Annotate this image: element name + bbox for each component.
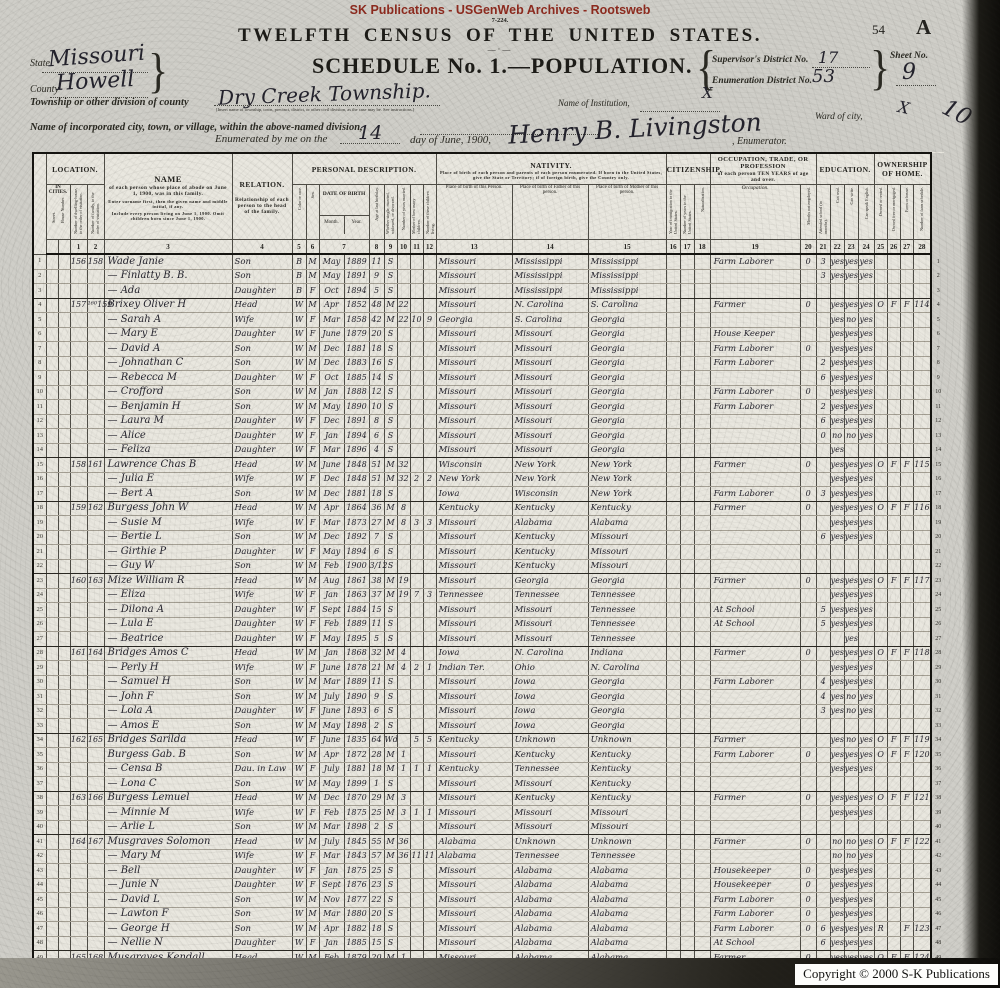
dwelling-number-cell bbox=[70, 516, 87, 531]
months-unemployed-cell bbox=[800, 313, 816, 328]
sex-cell: M bbox=[306, 559, 319, 574]
can-read-cell: yes bbox=[830, 342, 844, 357]
sex-cell: F bbox=[306, 617, 319, 632]
school-months-cell: 4 bbox=[816, 690, 830, 705]
birthplace-cell: Missouri bbox=[436, 907, 512, 922]
family-number-cell bbox=[87, 472, 104, 487]
mother-birthplace-cell: Missouri bbox=[588, 559, 666, 574]
children-living-cell bbox=[423, 254, 436, 269]
name-cell: — David A bbox=[104, 342, 232, 357]
birthplace-cell: Wisconsin bbox=[436, 458, 512, 473]
mother-of-children-cell bbox=[410, 690, 423, 705]
months-not-employed-column-label: Months not employed. bbox=[800, 185, 816, 240]
birthplace-cell: Missouri bbox=[436, 777, 512, 792]
home-owned-cell bbox=[874, 849, 887, 864]
name-cell: Burgess Gab. B bbox=[104, 748, 232, 763]
mother-birthplace-cell: Mississippi bbox=[588, 269, 666, 284]
farm-or-house-cell: F bbox=[900, 748, 913, 763]
column-number: 17 bbox=[680, 240, 694, 255]
sex-cell: F bbox=[306, 704, 319, 719]
age-cell: 14 bbox=[369, 371, 384, 386]
mother-of-children-cell bbox=[410, 458, 423, 473]
dwelling-number-cell: 157 bbox=[70, 298, 87, 313]
name-cell: Burgess Lemuel bbox=[104, 791, 232, 806]
school-months-cell bbox=[816, 516, 830, 531]
family-number-cell bbox=[87, 690, 104, 705]
immigration-label-text: Year of immigration to the United States… bbox=[668, 187, 678, 234]
months-unemployed-cell: 0 bbox=[800, 791, 816, 806]
marital-status-cell: M bbox=[384, 516, 397, 531]
years-married-cell: 19 bbox=[397, 588, 410, 603]
marital-status-cell: S bbox=[384, 443, 397, 458]
can-write-cell: yes bbox=[844, 385, 858, 400]
can-read-cell bbox=[830, 777, 844, 792]
sex-cell: M bbox=[306, 530, 319, 545]
owned-free-cell bbox=[887, 704, 900, 719]
school-months-cell bbox=[816, 545, 830, 560]
birth-year-cell: 1868 bbox=[344, 646, 369, 661]
row-number: 41 bbox=[33, 835, 46, 850]
home-owned-cell bbox=[874, 893, 887, 908]
children-living-cell bbox=[423, 864, 436, 879]
farm-schedule-cell bbox=[913, 371, 931, 386]
dwelling-number-cell bbox=[70, 762, 87, 777]
mother-of-children-cell bbox=[410, 835, 423, 850]
occupation-cell: Farm Laborer bbox=[710, 487, 800, 502]
speaks-english-cell: yes bbox=[858, 661, 874, 676]
mother-birthplace-cell: Unknown bbox=[588, 835, 666, 850]
relation-cell: Daughter bbox=[232, 414, 292, 429]
mother-of-children-cell bbox=[410, 646, 423, 661]
birthplace-cell: Alabama bbox=[436, 849, 512, 864]
naturalization-cell bbox=[694, 429, 710, 444]
table-row: 45— David LSonWMNov187722SMissouriAlabam… bbox=[33, 893, 944, 908]
sex-cell: F bbox=[306, 443, 319, 458]
months-unemployed-cell: 0 bbox=[800, 922, 816, 937]
birth-year-cell: 1894 bbox=[344, 429, 369, 444]
house-number-cell bbox=[58, 574, 70, 589]
school-months-cell bbox=[816, 777, 830, 792]
family-number-cell bbox=[87, 487, 104, 502]
farm-schedule-cell bbox=[913, 414, 931, 429]
occupation-cell: Farm Laborer bbox=[710, 400, 800, 415]
relation-cell: Head bbox=[232, 791, 292, 806]
speaks-english-cell: yes bbox=[858, 791, 874, 806]
years-married-cell bbox=[397, 907, 410, 922]
years-married-cell bbox=[397, 878, 410, 893]
months-unemployed-cell: 0 bbox=[800, 907, 816, 922]
naturalization-cell bbox=[694, 922, 710, 937]
school-months-cell bbox=[816, 385, 830, 400]
years-in-us-cell bbox=[680, 849, 694, 864]
farm-or-house-cell bbox=[900, 269, 913, 284]
occupation-cell bbox=[710, 443, 800, 458]
row-number: 26 bbox=[33, 617, 46, 632]
years-married-cell bbox=[397, 429, 410, 444]
occupation-cell bbox=[710, 269, 800, 284]
color-cell: W bbox=[292, 733, 306, 748]
home-owned-cell bbox=[874, 936, 887, 951]
dwelling-number-cell bbox=[70, 632, 87, 647]
color-cell: W bbox=[292, 690, 306, 705]
school-months-cell: 6 bbox=[816, 530, 830, 545]
can-write-cell bbox=[844, 443, 858, 458]
sex-cell: F bbox=[306, 936, 319, 951]
can-write-cell: yes bbox=[844, 254, 858, 269]
mother-of-children-cell bbox=[410, 284, 423, 299]
naturalization-cell bbox=[694, 472, 710, 487]
relation-cell: Head bbox=[232, 646, 292, 661]
naturalization-cell bbox=[694, 254, 710, 269]
age-cell: 55 bbox=[369, 835, 384, 850]
owned-free-cell bbox=[887, 719, 900, 734]
age-cell: 27 bbox=[369, 516, 384, 531]
relation-cell: Son bbox=[232, 690, 292, 705]
mother-of-children-cell bbox=[410, 356, 423, 371]
father-birthplace-cell: Kentucky bbox=[512, 559, 588, 574]
row-number-right: 1 bbox=[931, 254, 944, 269]
birth-month-cell: May bbox=[319, 269, 344, 284]
farm-or-house-cell bbox=[900, 820, 913, 835]
table-row: 41164167Musgraves SolomonHeadWMJuly18455… bbox=[33, 835, 944, 850]
children-living-cell bbox=[423, 907, 436, 922]
speaks-english-cell: yes bbox=[858, 516, 874, 531]
family-number-cell bbox=[87, 559, 104, 574]
naturalization-cell bbox=[694, 284, 710, 299]
name-cell: — Lola A bbox=[104, 704, 232, 719]
family-number-cell: ¹⁶⁰159 bbox=[87, 298, 104, 313]
home-owned-cell bbox=[874, 487, 887, 502]
can-read-cell: yes bbox=[830, 298, 844, 313]
dwelling-number-cell bbox=[70, 385, 87, 400]
can-write-cell bbox=[844, 284, 858, 299]
table-row: 35Burgess Gab. BSonWMApr187228M1Missouri… bbox=[33, 748, 944, 763]
can-read-cell: yes bbox=[830, 400, 844, 415]
marital-status-cell: M bbox=[384, 313, 397, 328]
immigration-year-cell bbox=[666, 371, 680, 386]
farm-or-house-cell bbox=[900, 617, 913, 632]
farm-or-house-cell bbox=[900, 385, 913, 400]
birth-year-cell: 1876 bbox=[344, 878, 369, 893]
naturalization-cell bbox=[694, 269, 710, 284]
school-months-cell bbox=[816, 907, 830, 922]
relation-cell: Son bbox=[232, 400, 292, 415]
table-row: 27— BeatriceDaughterWFMay18955SMissouriM… bbox=[33, 632, 944, 647]
years-in-us-cell bbox=[680, 936, 694, 951]
sex-cell: F bbox=[306, 762, 319, 777]
name-cell: Musgraves Solomon bbox=[104, 835, 232, 850]
school-months-cell bbox=[816, 313, 830, 328]
years-married-cell: 22 bbox=[397, 313, 410, 328]
birth-year-cell: 1891 bbox=[344, 269, 369, 284]
name-cell: — Nellie N bbox=[104, 936, 232, 951]
relation-subtitle: Relationship of each person to the head … bbox=[233, 189, 292, 216]
dwelling-number-cell: 164 bbox=[70, 835, 87, 850]
census-table: LOCATION. NAME of each person whose plac… bbox=[32, 152, 944, 981]
owned-free-cell bbox=[887, 356, 900, 371]
years-married-cell bbox=[397, 632, 410, 647]
can-read-cell: yes bbox=[830, 269, 844, 284]
family-number-cell bbox=[87, 849, 104, 864]
row-number-right: 3 bbox=[931, 284, 944, 299]
enumerated-prefix: Enumerated by me on the bbox=[215, 133, 327, 145]
birthplace-cell: Missouri bbox=[436, 675, 512, 690]
sex-cell: M bbox=[306, 458, 319, 473]
years-married-cell: 36 bbox=[397, 849, 410, 864]
years-in-us-cell bbox=[680, 545, 694, 560]
years-in-us-cell bbox=[680, 733, 694, 748]
speak-english-label-text: Can speak English. bbox=[864, 187, 869, 219]
school-months-cell bbox=[816, 646, 830, 661]
age-cell: 51 bbox=[369, 472, 384, 487]
row-number-right: 17 bbox=[931, 487, 944, 502]
years-married-label-text: Number of years married. bbox=[401, 187, 406, 230]
months-unemployed-cell: 0 bbox=[800, 342, 816, 357]
speaks-english-cell: yes bbox=[858, 269, 874, 284]
owned-free-cell bbox=[887, 632, 900, 647]
birth-month-cell: Mar bbox=[319, 820, 344, 835]
speaks-english-cell: yes bbox=[858, 385, 874, 400]
birthplace-cell: Iowa bbox=[436, 646, 512, 661]
naturalization-cell bbox=[694, 791, 710, 806]
age-cell: 7 bbox=[369, 530, 384, 545]
sex-cell: M bbox=[306, 893, 319, 908]
mother-birthplace-cell: Mississippi bbox=[588, 254, 666, 269]
street-cell bbox=[46, 646, 58, 661]
children-living-cell: 5 bbox=[423, 733, 436, 748]
farm-schedule-cell bbox=[913, 487, 931, 502]
speaks-english-cell: yes bbox=[858, 806, 874, 821]
mother-birthplace-cell: Kentucky bbox=[588, 748, 666, 763]
can-read-cell: yes bbox=[830, 313, 844, 328]
farm-schedule-cell bbox=[913, 878, 931, 893]
months-unemployed-cell: 0 bbox=[800, 835, 816, 850]
immigration-year-cell bbox=[666, 588, 680, 603]
birth-month-cell: Aug bbox=[319, 574, 344, 589]
farm-or-house-cell bbox=[900, 632, 913, 647]
immigration-year-cell bbox=[666, 385, 680, 400]
table-row: 24— ElizaWifeWFJan186337M1973TennesseeTe… bbox=[33, 588, 944, 603]
birthplace-cell: Missouri bbox=[436, 530, 512, 545]
row-number-right: 35 bbox=[931, 748, 944, 763]
color-cell: W bbox=[292, 704, 306, 719]
table-row: 2— Finlatty B. B.SonBMMay18919SMissouriM… bbox=[33, 269, 944, 284]
mother-of-children-cell bbox=[410, 878, 423, 893]
sex-cell: M bbox=[306, 922, 319, 937]
row-number-right: 41 bbox=[931, 835, 944, 850]
mother-birthplace-cell: Missouri bbox=[588, 820, 666, 835]
mother-of-children-cell bbox=[410, 298, 423, 313]
birth-year-cell: 1888 bbox=[344, 385, 369, 400]
form-number: 7-224. bbox=[0, 17, 1000, 24]
row-number: 31 bbox=[33, 690, 46, 705]
color-cell: B bbox=[292, 254, 306, 269]
name-cell: — Lona C bbox=[104, 777, 232, 792]
naturalization-cell bbox=[694, 400, 710, 415]
archive-banner: SK Publications - USGenWeb Archives - Ro… bbox=[0, 3, 1000, 17]
months-unemployed-cell bbox=[800, 603, 816, 618]
birth-year-cell: 1890 bbox=[344, 400, 369, 415]
dwelling-number-cell bbox=[70, 356, 87, 371]
owned-free-cell bbox=[887, 675, 900, 690]
row-number-right: 31 bbox=[931, 690, 944, 705]
school-months-cell bbox=[816, 864, 830, 879]
color-cell: W bbox=[292, 400, 306, 415]
street-cell bbox=[46, 501, 58, 516]
color-cell: W bbox=[292, 313, 306, 328]
mother-birthplace-cell: Missouri bbox=[588, 545, 666, 560]
can-write-cell: yes bbox=[844, 661, 858, 676]
marital-status-cell: S bbox=[384, 617, 397, 632]
row-number: 10 bbox=[33, 385, 46, 400]
father-birthplace-cell: Unknown bbox=[512, 733, 588, 748]
row-number-right: 38 bbox=[931, 791, 944, 806]
mother-of-children-cell: 3 bbox=[410, 516, 423, 531]
row-number: 20 bbox=[33, 530, 46, 545]
birthplace-cell: Alabama bbox=[436, 835, 512, 850]
sex-cell: F bbox=[306, 878, 319, 893]
speaks-english-cell: yes bbox=[858, 298, 874, 313]
can-write-label-text: Can write. bbox=[849, 187, 854, 204]
scan-dark-band-right bbox=[962, 0, 1000, 988]
family-number-cell bbox=[87, 936, 104, 951]
relation-cell: Wife bbox=[232, 472, 292, 487]
color-cell: W bbox=[292, 487, 306, 502]
children-living-cell bbox=[423, 704, 436, 719]
family-number-cell bbox=[87, 400, 104, 415]
home-owned-cell bbox=[874, 777, 887, 792]
sex-cell: F bbox=[306, 849, 319, 864]
mother-birthplace-cell: Georgia bbox=[588, 574, 666, 589]
can-write-cell: yes bbox=[844, 762, 858, 777]
naturalization-cell bbox=[694, 719, 710, 734]
naturalization-cell bbox=[694, 487, 710, 502]
father-birthplace-cell: Alabama bbox=[512, 516, 588, 531]
marital-status-cell: M bbox=[384, 661, 397, 676]
owned-free-column-label: Owned free or mortgaged. bbox=[887, 185, 900, 240]
immigration-year-cell bbox=[666, 530, 680, 545]
family-number-cell bbox=[87, 530, 104, 545]
sex-column-label: Sex. bbox=[306, 185, 319, 240]
relation-cell: Daughter bbox=[232, 443, 292, 458]
farm-or-house-cell bbox=[900, 777, 913, 792]
immigration-year-cell bbox=[666, 762, 680, 777]
years-married-cell bbox=[397, 893, 410, 908]
column-numbers-row: 1234567891011121314151617181920212223242… bbox=[33, 240, 944, 255]
house-number-cell bbox=[58, 254, 70, 269]
years-in-us-cell bbox=[680, 762, 694, 777]
years-married-cell: 1 bbox=[397, 748, 410, 763]
mother-birthplace-column-label: Place of birth of Mother of this person. bbox=[588, 185, 666, 240]
birthplace-cell: Missouri bbox=[436, 559, 512, 574]
father-birthplace-cell: Missouri bbox=[512, 603, 588, 618]
street-cell bbox=[46, 878, 58, 893]
column-number: 22 bbox=[830, 240, 844, 255]
row-number-right: 2 bbox=[931, 269, 944, 284]
years-married-cell: 19 bbox=[397, 574, 410, 589]
sex-cell: M bbox=[306, 400, 319, 415]
owned-rented-column-label: Owned or rented. bbox=[874, 185, 887, 240]
street-cell bbox=[46, 545, 58, 560]
column-number: 4 bbox=[232, 240, 292, 255]
sex-cell: M bbox=[306, 646, 319, 661]
can-write-cell: yes bbox=[844, 936, 858, 951]
sex-cell: F bbox=[306, 588, 319, 603]
house-number-cell bbox=[58, 820, 70, 835]
column-number: 28 bbox=[913, 240, 931, 255]
can-read-cell: yes bbox=[830, 327, 844, 342]
house-number-cell bbox=[58, 907, 70, 922]
house-number-cell bbox=[58, 371, 70, 386]
school-months-cell: 4 bbox=[816, 675, 830, 690]
age-cell: 29 bbox=[369, 791, 384, 806]
row-number-right: 40 bbox=[931, 820, 944, 835]
father-birthplace-cell: Alabama bbox=[512, 936, 588, 951]
father-birthplace-cell: Kentucky bbox=[512, 748, 588, 763]
immigration-year-cell bbox=[666, 487, 680, 502]
immigration-year-cell bbox=[666, 342, 680, 357]
row-number-right: 34 bbox=[931, 733, 944, 748]
relation-cell: Son bbox=[232, 777, 292, 792]
home-owned-cell: O bbox=[874, 458, 887, 473]
months-unemployed-cell: 0 bbox=[800, 458, 816, 473]
school-months-cell: 3 bbox=[816, 254, 830, 269]
occupation-cell bbox=[710, 559, 800, 574]
census-scan-page: SK Publications - USGenWeb Archives - Ro… bbox=[0, 0, 1000, 988]
color-cell: W bbox=[292, 849, 306, 864]
mother-of-children-cell: 1 bbox=[410, 762, 423, 777]
can-write-cell: yes bbox=[844, 675, 858, 690]
row-number-right: 39 bbox=[931, 806, 944, 821]
can-read-cell: yes bbox=[830, 603, 844, 618]
age-cell: 6 bbox=[369, 545, 384, 560]
home-owned-cell bbox=[874, 400, 887, 415]
relation-cell: Head bbox=[232, 574, 292, 589]
ward-label: Ward of city, bbox=[815, 112, 863, 122]
mother-of-children-cell bbox=[410, 907, 423, 922]
birth-month-cell: Dec bbox=[319, 342, 344, 357]
mother-of-children-cell: 7 bbox=[410, 588, 423, 603]
color-cell: W bbox=[292, 574, 306, 589]
relation-cell: Head bbox=[232, 458, 292, 473]
marital-status-cell: S bbox=[384, 400, 397, 415]
years-married-cell bbox=[397, 603, 410, 618]
years-in-us-cell bbox=[680, 777, 694, 792]
occupation-cell bbox=[710, 777, 800, 792]
naturalization-cell bbox=[694, 632, 710, 647]
street-cell bbox=[46, 661, 58, 676]
years-married-cell bbox=[397, 704, 410, 719]
farm-or-house-cell: F bbox=[900, 646, 913, 661]
owned-free-cell bbox=[887, 472, 900, 487]
mother-of-children-cell bbox=[410, 632, 423, 647]
can-read-cell: yes bbox=[830, 690, 844, 705]
immigration-year-cell bbox=[666, 893, 680, 908]
relation-cell: Daughter bbox=[232, 878, 292, 893]
birth-month-cell: Jan bbox=[319, 936, 344, 951]
family-number-cell: 163 bbox=[87, 574, 104, 589]
occupation-cell: Housekeeper bbox=[710, 864, 800, 879]
relation-cell: Son bbox=[232, 342, 292, 357]
father-birthplace-cell: N. Carolina bbox=[512, 298, 588, 313]
sex-cell: M bbox=[306, 254, 319, 269]
occupation-cell: Farm Laborer bbox=[710, 356, 800, 371]
age-cell: 18 bbox=[369, 762, 384, 777]
months-unemployed-cell bbox=[800, 806, 816, 821]
column-number-blank bbox=[46, 240, 58, 255]
street-cell bbox=[46, 733, 58, 748]
row-number: 1 bbox=[33, 254, 46, 269]
